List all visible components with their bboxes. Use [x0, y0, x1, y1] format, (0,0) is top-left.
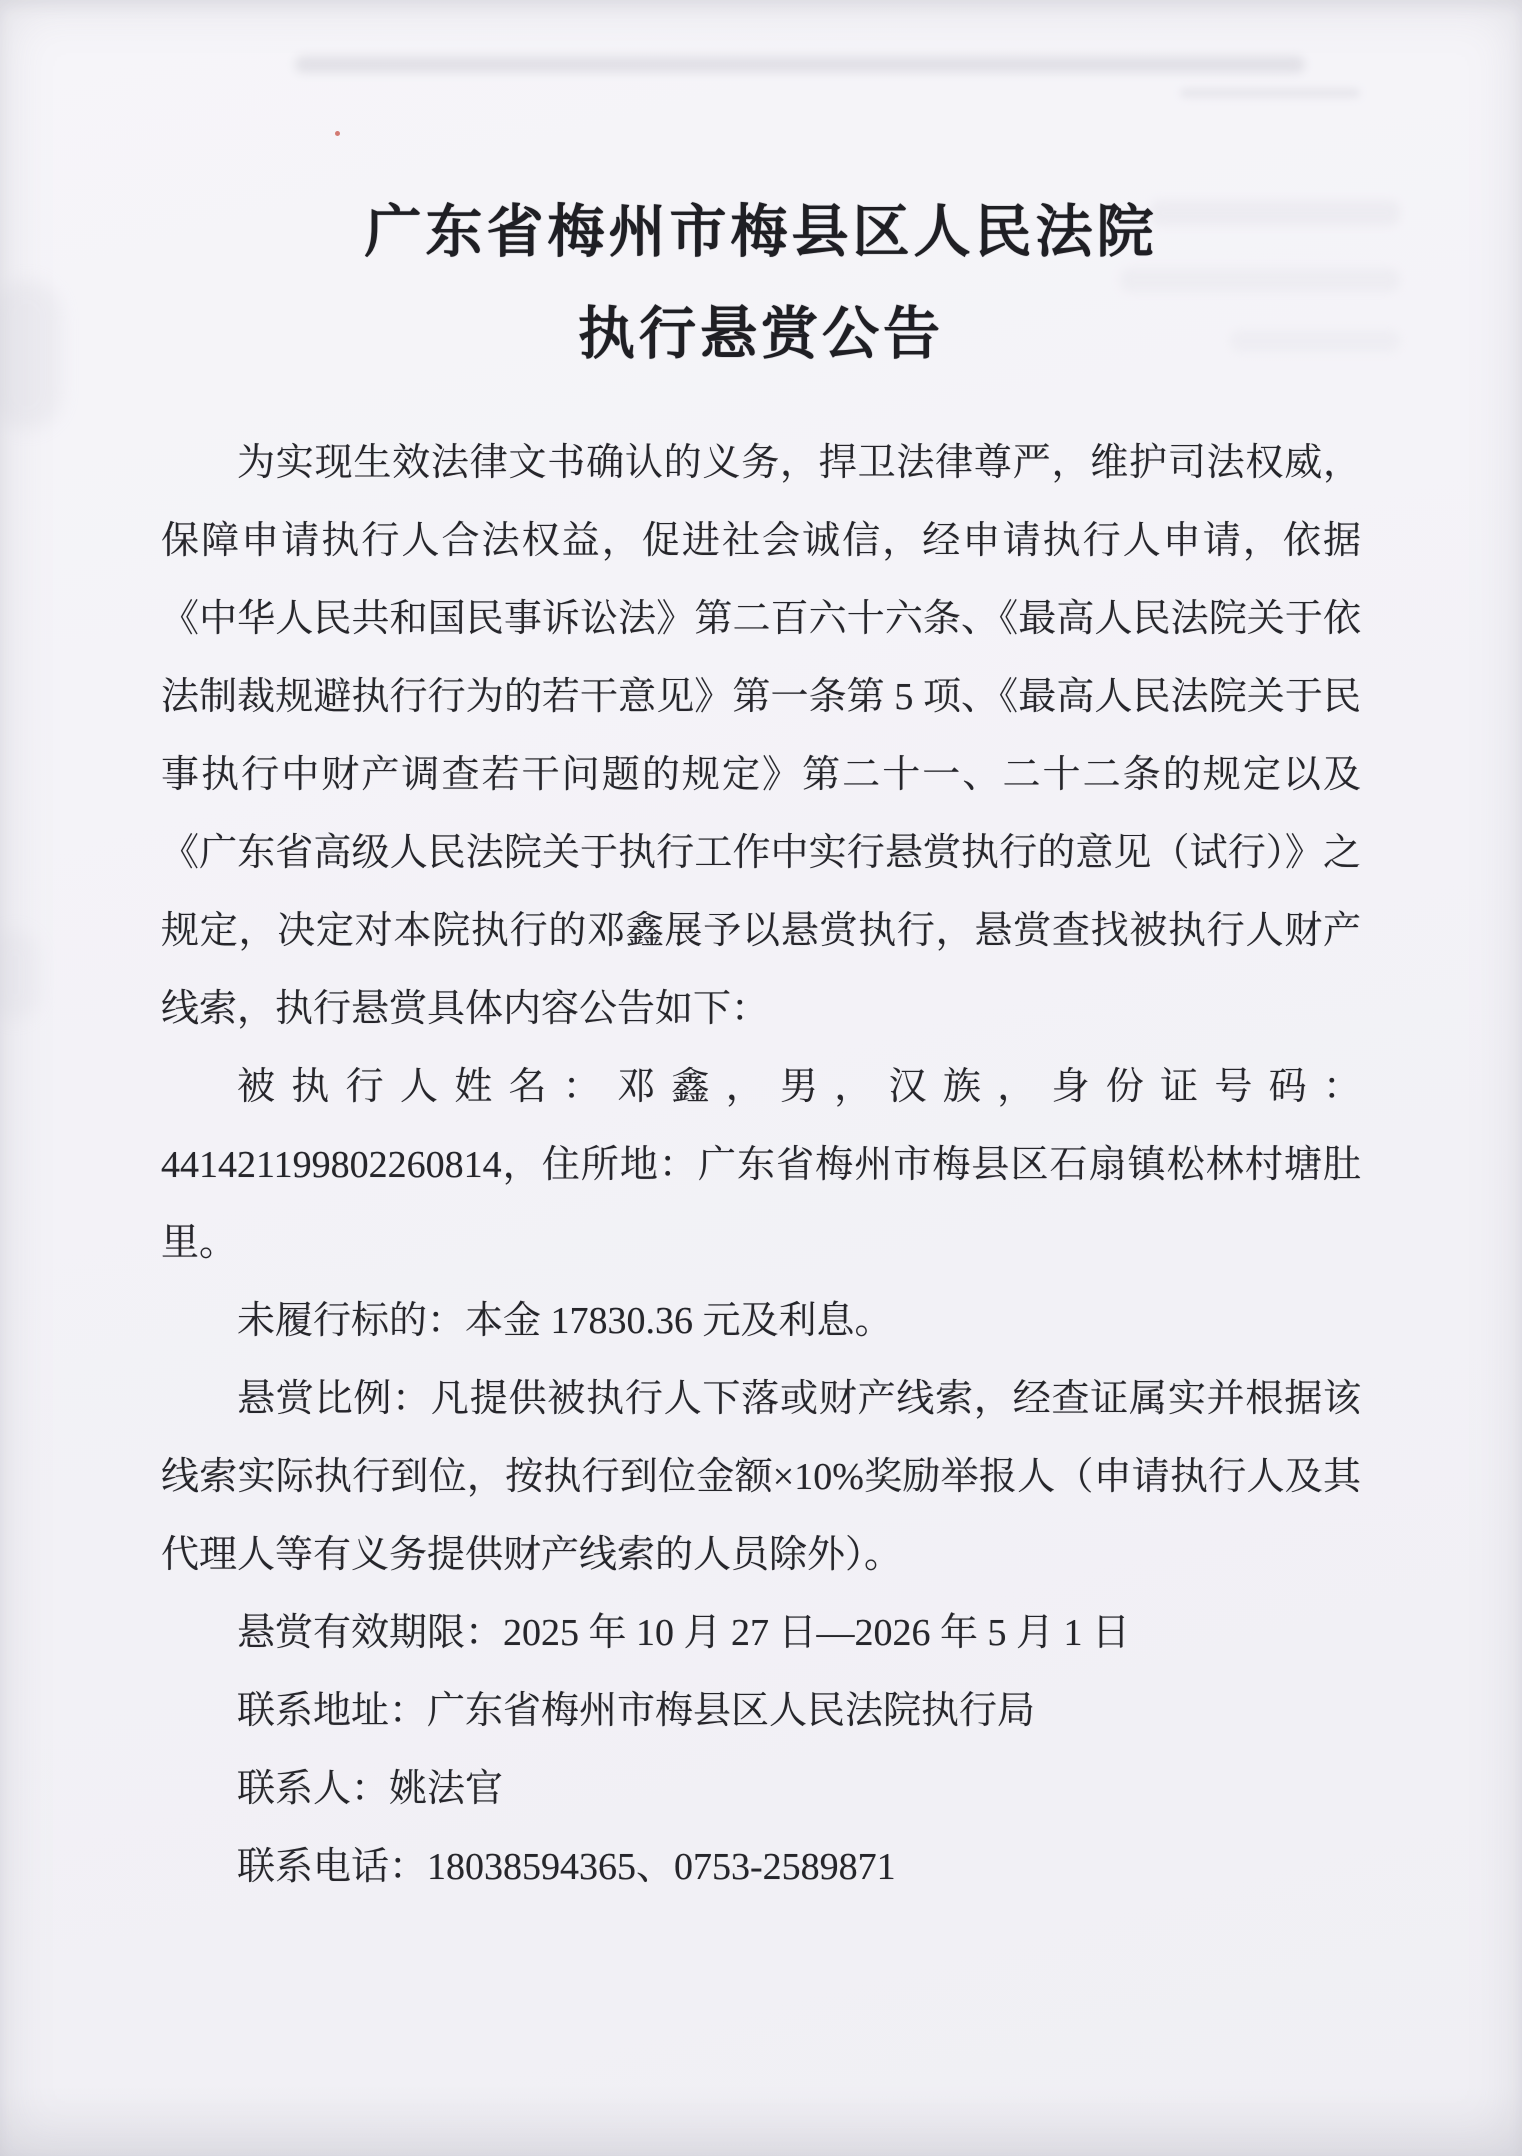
line-validity-period: 悬赏有效期限：2025 年 10 月 27 日—2026 年 5 月 1 日 [161, 1594, 1361, 1672]
scanned-document-page: 广东省梅州市梅县区人民法院 执行悬赏公告 为实现生效法律文书确认的义务，捍卫法律… [0, 0, 1522, 2156]
document-body: 为实现生效法律文书确认的义务，捍卫法律尊严，维护司法权威，保障申请执行人合法权益… [161, 424, 1361, 1906]
scan-artifact-top-streak [295, 56, 1305, 73]
line-contact-phone: 联系电话：18038594365、0753-2589871 [161, 1828, 1361, 1906]
paragraph-legal-basis: 为实现生效法律文书确认的义务，捍卫法律尊严，维护司法权威，保障申请执行人合法权益… [161, 424, 1361, 1048]
scan-artifact-red-speck [335, 131, 340, 136]
line-contact-address: 联系地址：广东省梅州市梅县区人民法院执行局 [161, 1672, 1361, 1750]
paragraph-outstanding-amount: 未履行标的：本金 17830.36 元及利息。 [161, 1282, 1361, 1360]
line-contact-person: 联系人：姚法官 [161, 1750, 1361, 1828]
scan-artifact-bottom-shade [0, 2086, 1522, 2156]
title-court-name: 广东省梅州市梅县区人民法院 [0, 182, 1522, 284]
title-notice-type: 执行悬赏公告 [0, 284, 1522, 386]
paragraph-reward-ratio: 悬赏比例：凡提供被执行人下落或财产线索，经查证属实并根据该线索实际执行到位，按执… [161, 1360, 1361, 1594]
scan-artifact-left-smudge [0, 930, 40, 1020]
document-title: 广东省梅州市梅县区人民法院 执行悬赏公告 [0, 182, 1522, 386]
scan-artifact-top-streak-2 [1180, 88, 1360, 98]
paragraph-debtor-info: 被执行人姓名：邓鑫，男，汉族，身份证号码：441421199802260814，… [161, 1048, 1361, 1282]
